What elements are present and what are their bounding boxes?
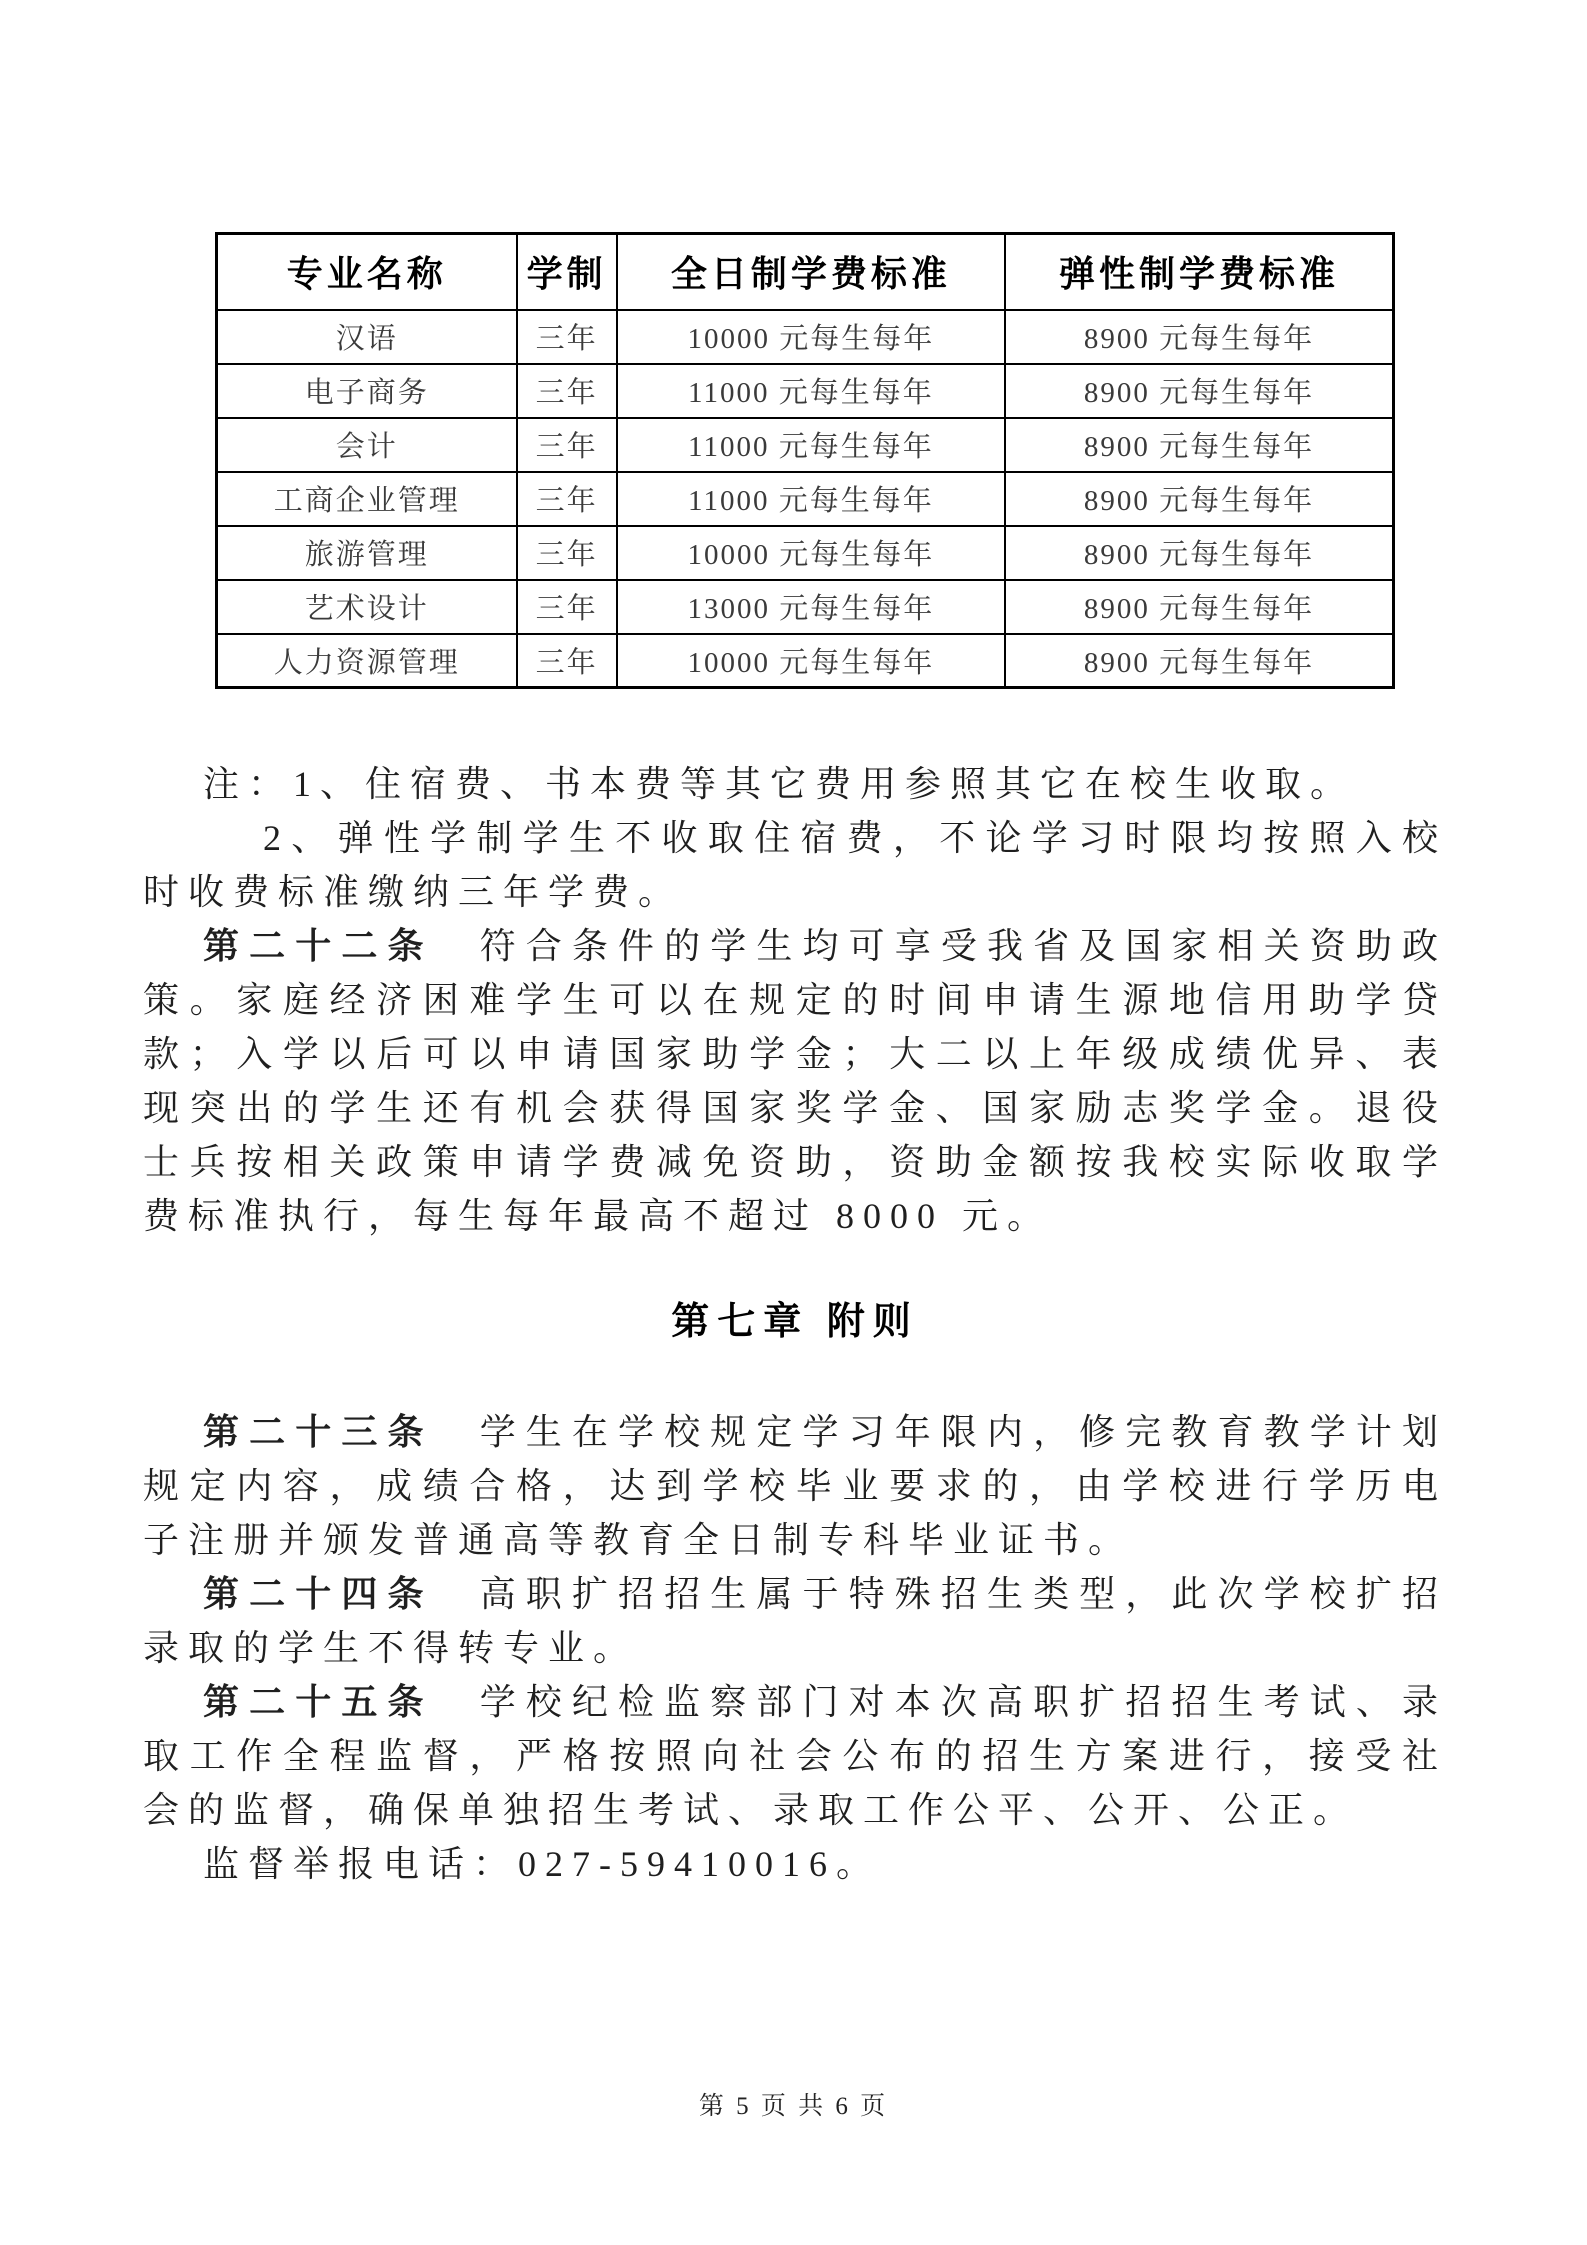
article-22-text: 符合条件的学生均可享受我省及国家相关资助政策。家庭经济困难学生可以在规定的时间申…	[143, 926, 1447, 1236]
article-22: 第二十二条 符合条件的学生均可享受我省及国家相关资助政策。家庭经济困难学生可以在…	[143, 919, 1447, 1243]
flexible-fee-cell: 8900 元每生每年	[1005, 580, 1393, 634]
duration-cell: 三年	[517, 526, 617, 580]
major-cell: 人力资源管理	[217, 634, 517, 688]
header-duration: 学制	[517, 234, 617, 310]
table-row: 工商企业管理 三年 11000 元每生每年 8900 元每生每年	[217, 472, 1394, 526]
duration-cell: 三年	[517, 364, 617, 418]
fulltime-fee-cell: 13000 元每生每年	[617, 580, 1005, 634]
fulltime-fee-cell: 11000 元每生每年	[617, 418, 1005, 472]
flexible-fee-cell: 8900 元每生每年	[1005, 526, 1393, 580]
fulltime-fee-cell: 10000 元每生每年	[617, 310, 1005, 364]
fulltime-fee-cell: 10000 元每生每年	[617, 526, 1005, 580]
table-row: 会计 三年 11000 元每生每年 8900 元每生每年	[217, 418, 1394, 472]
note-1: 注：1、住宿费、书本费等其它费用参照其它在校生收取。	[143, 757, 1447, 811]
article-24: 第二十四条 高职扩招招生属于特殊招生类型，此次学校扩招录取的学生不得转专业。	[143, 1567, 1447, 1675]
document-body: 注：1、住宿费、书本费等其它费用参照其它在校生收取。 2、弹性学制学生不收取住宿…	[143, 757, 1447, 1891]
chapter-7-heading: 第七章 附则	[143, 1295, 1447, 1349]
flexible-fee-cell: 8900 元每生每年	[1005, 418, 1393, 472]
flexible-fee-cell: 8900 元每生每年	[1005, 634, 1393, 688]
major-cell: 电子商务	[217, 364, 517, 418]
supervision-hotline: 监督举报电话：027-59410016。	[143, 1837, 1447, 1891]
major-cell: 工商企业管理	[217, 472, 517, 526]
table-header-row: 专业名称 学制 全日制学费标准 弹性制学费标准	[217, 234, 1394, 310]
article-23-number: 第二十三条	[203, 1412, 434, 1452]
header-flexible-fee: 弹性制学费标准	[1005, 234, 1393, 310]
header-fulltime-fee: 全日制学费标准	[617, 234, 1005, 310]
duration-cell: 三年	[517, 418, 617, 472]
flexible-fee-cell: 8900 元每生每年	[1005, 310, 1393, 364]
flexible-fee-cell: 8900 元每生每年	[1005, 472, 1393, 526]
tuition-fee-table: 专业名称 学制 全日制学费标准 弹性制学费标准 汉语 三年 10000 元每生每…	[215, 232, 1395, 689]
flexible-fee-cell: 8900 元每生每年	[1005, 364, 1393, 418]
article-25-number: 第二十五条	[203, 1682, 434, 1722]
major-cell: 艺术设计	[217, 580, 517, 634]
table-row: 电子商务 三年 11000 元每生每年 8900 元每生每年	[217, 364, 1394, 418]
duration-cell: 三年	[517, 472, 617, 526]
note-2: 2、弹性学制学生不收取住宿费，不论学习时限均按照入校时收费标准缴纳三年学费。	[143, 811, 1447, 919]
article-22-number: 第二十二条	[203, 926, 434, 966]
table-row: 艺术设计 三年 13000 元每生每年 8900 元每生每年	[217, 580, 1394, 634]
fulltime-fee-cell: 11000 元每生每年	[617, 364, 1005, 418]
major-cell: 会计	[217, 418, 517, 472]
duration-cell: 三年	[517, 580, 617, 634]
article-25: 第二十五条 学校纪检监察部门对本次高职扩招招生考试、录取工作全程监督，严格按照向…	[143, 1675, 1447, 1837]
article-24-number: 第二十四条	[203, 1574, 434, 1614]
article-23: 第二十三条 学生在学校规定学习年限内，修完教育教学计划规定内容，成绩合格，达到学…	[143, 1405, 1447, 1567]
table-row: 汉语 三年 10000 元每生每年 8900 元每生每年	[217, 310, 1394, 364]
duration-cell: 三年	[517, 634, 617, 688]
page-footer: 第 5 页 共 6 页	[0, 2086, 1587, 2122]
document-page: 专业名称 学制 全日制学费标准 弹性制学费标准 汉语 三年 10000 元每生每…	[0, 0, 1587, 2245]
header-major: 专业名称	[217, 234, 517, 310]
fulltime-fee-cell: 11000 元每生每年	[617, 472, 1005, 526]
major-cell: 汉语	[217, 310, 517, 364]
table-row: 旅游管理 三年 10000 元每生每年 8900 元每生每年	[217, 526, 1394, 580]
table-row: 人力资源管理 三年 10000 元每生每年 8900 元每生每年	[217, 634, 1394, 688]
major-cell: 旅游管理	[217, 526, 517, 580]
duration-cell: 三年	[517, 310, 617, 364]
fulltime-fee-cell: 10000 元每生每年	[617, 634, 1005, 688]
